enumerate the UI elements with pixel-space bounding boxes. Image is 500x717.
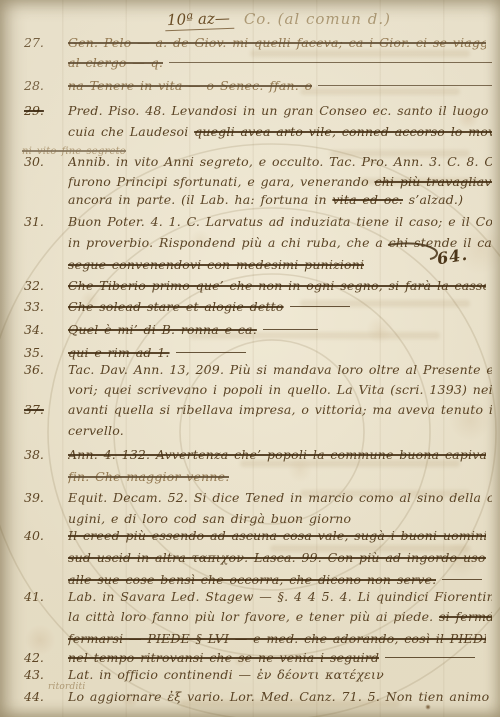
strike-extension-line	[263, 329, 318, 330]
margin-entry-number: 41.	[16, 588, 68, 605]
entry-text: Quel è mi’ di B. ronna e ca.	[68, 321, 257, 338]
manuscript-line: 35.qui e rim ad 1.	[16, 344, 492, 361]
margin-entry-number: 33.	[16, 298, 68, 315]
margin-entry-number: 39.	[16, 489, 68, 506]
entry-text: nel tempo ritrovansi che se ne venia i s…	[68, 649, 379, 666]
manuscript-line: 30.Annib. in vito Anni segreto, e occult…	[16, 153, 492, 170]
entry-text: na Tenere in vita — o Senec. ffan. o	[68, 77, 312, 94]
margin-entry-number: 31.	[16, 213, 68, 230]
page-heading-faded: Co. (al comun d.)	[244, 10, 391, 28]
entry-text: furono Principi sfortunati, e gara, vene…	[68, 173, 492, 190]
entry-text: Gen. Pelo — a. de Giov. mi quelli faceva…	[68, 34, 486, 51]
strike-extension-line	[176, 352, 246, 353]
manuscript-line: 39.Equit. Decam. 52. Si dice Tened in ma…	[16, 489, 492, 506]
entry-text: fin. Che maggior venne.	[68, 468, 229, 485]
entry-text: Tac. Dav. Ann. 13, 209. Più si mandava l…	[68, 361, 492, 378]
strike-extension-line	[442, 579, 482, 580]
strike-extension-line	[290, 306, 350, 307]
strike-extension-line	[318, 85, 492, 86]
manuscript-line: 33.Che solead stare et alogie detto	[16, 298, 492, 315]
margin-entry-number: 38.	[16, 446, 68, 463]
manuscript-line: alle sue cose bensì che occorra, che dic…	[16, 571, 492, 588]
margin-entry-number: 40.	[16, 527, 68, 544]
entry-text: Che Tiberio primo que’ che non in ogni s…	[68, 277, 486, 294]
struck-text: chi più travagliava	[375, 174, 492, 189]
entry-text: ancora in parte. (il Lab. ha: fortuna in…	[68, 191, 463, 208]
manuscript-line: 28.na Tenere in vita — o Senec. ffan. o	[16, 77, 492, 94]
manuscript-line: 40.Il creed più essendo ad ascuna cosa v…	[16, 527, 492, 544]
margin-entry-number: 42.	[16, 649, 68, 666]
manuscript-line: in proverbio. Rispondend più a chi ruba,…	[16, 234, 492, 251]
entry-text: la città loro fanno più lor favore, e te…	[68, 608, 492, 625]
manuscript-line: 37.avanti quella si ribellava impresa, o…	[16, 401, 492, 418]
entry-text: in proverbio. Rispondend più a chi ruba,…	[68, 234, 492, 251]
entry-text: cuia che Laudesoi quegli avea arto vile,…	[68, 123, 492, 140]
margin-entry-number: 34.	[16, 321, 68, 338]
struck-text: vita ed oc.	[332, 192, 403, 207]
manuscript-line: al clergo — q.	[16, 54, 492, 71]
manuscript-line: vori; quei scrivevano i popoli in quello…	[16, 381, 492, 398]
manuscript-line: furono Principi sfortunati, e gara, vene…	[16, 173, 492, 190]
struck-text: si fermd che ridd il all	[439, 609, 492, 624]
entry-text: Annib. in vito Anni segreto, e occulto. …	[68, 153, 492, 170]
entry-text: Che solead stare et alogie detto	[68, 298, 284, 315]
margin-entry-number: 35.	[16, 344, 68, 361]
entry-text: segue convenendovi con medesimi punizion…	[68, 256, 364, 273]
margin-entry-number: 28.	[16, 77, 68, 94]
page-heading-main: 10ª az—	[165, 9, 234, 31]
entry-text: avanti quella si ribellava impresa, o vi…	[68, 401, 492, 418]
struck-text: quegli avea arto vile, conned accorso lo…	[194, 124, 492, 139]
manuscript-line: la città loro fanno più lor favore, e te…	[16, 608, 492, 625]
entry-text: Ann. 4. 132. Avvertenza che’ popoli la c…	[68, 446, 486, 463]
entry-text: Il creed più essendo ad ascuna cosa vale…	[68, 527, 486, 544]
entry-text: Lo aggiornare ἐξ vario. Lor. Med. Canz. …	[68, 688, 492, 705]
manuscript-line: 36.Tac. Dav. Ann. 13, 209. Più si mandav…	[16, 361, 492, 378]
entry-text: fermarsi — PIEDE § LVI — e med. che ador…	[68, 630, 486, 647]
manuscript-line: 42.nel tempo ritrovansi che se ne venia …	[16, 649, 492, 666]
manuscript-line: 34.Quel è mi’ di B. ronna e ca.	[16, 321, 492, 338]
entry-text: Pred. Piso. 48. Levandosi in un gran Con…	[68, 102, 492, 119]
manuscript-line: 44.Lo aggiornare ἐξ vario. Lor. Med. Can…	[16, 688, 492, 705]
manuscript-line: fin. Che maggior venne.	[16, 468, 492, 485]
margin-entry-number: 30.	[16, 153, 68, 170]
margin-entry-number: 32.	[16, 277, 68, 294]
strike-extension-line	[169, 62, 492, 63]
manuscript-line: 27.Gen. Pelo — a. de Giov. mi quelli fac…	[16, 34, 492, 51]
manuscript-line: 41.Lab. in Savara Led. Stagew — §. 4 4 5…	[16, 588, 492, 605]
manuscript-line: cervello.	[16, 422, 492, 439]
manuscript-line: fermarsi — PIEDE § LVI — e med. che ador…	[16, 630, 492, 647]
manuscript-line: 31.Buon Poter. 4. 1. C. Larvatus ad indu…	[16, 213, 492, 230]
strike-extension-line	[385, 657, 475, 658]
manuscript-line: 38.Ann. 4. 132. Avvertenza che’ popoli l…	[16, 446, 492, 463]
entry-text: qui e rim ad 1.	[68, 344, 170, 361]
manuscript-line: 29.Pred. Piso. 48. Levandosi in un gran …	[16, 102, 492, 119]
margin-entry-number: 27.	[16, 34, 68, 51]
entry-text: sud uscid in altra ταπιχον. Lasca. 99. C…	[68, 549, 486, 566]
entry-text: alle sue cose bensì che occorra, che dic…	[68, 571, 436, 588]
manuscript-line: sud uscid in altra ταπιχον. Lasca. 99. C…	[16, 549, 492, 566]
entry-text: cervello.	[68, 422, 124, 439]
margin-entry-number: 36.	[16, 361, 68, 378]
manuscript-line: segue convenendovi con medesimi punizion…	[16, 256, 492, 273]
entry-text: Lab. in Savara Led. Stagew — §. 4 4 5. 4…	[68, 588, 492, 605]
manuscript-line: cuia che Laudesoi quegli avea arto vile,…	[16, 123, 492, 140]
margin-entry-number: 29.	[16, 102, 68, 119]
entry-text: Buon Poter. 4. 1. C. Larvatus ad induzia…	[68, 213, 492, 230]
entry-text: Equit. Decam. 52. Si dice Tened in marci…	[68, 489, 492, 506]
entry-text: al clergo — q.	[68, 54, 163, 71]
entry-text: ugini, e di loro cod san dirgà buon gior…	[68, 510, 351, 527]
manuscript-line: 32.Che Tiberio primo que’ che non in ogn…	[16, 277, 492, 294]
manuscript-page: 10ª az—Co. (al comun d.) 27.Gen. Pelo — …	[0, 0, 500, 717]
page-heading: 10ª az—Co. (al comun d.)	[165, 10, 391, 30]
manuscript-line: ancora in parte. (il Lab. ha: fortuna in…	[16, 191, 492, 208]
margin-entry-number: 37.	[16, 401, 68, 418]
manuscript-line: ugini, e di loro cod san dirgà buon gior…	[16, 510, 492, 527]
margin-entry-number: 44.	[16, 688, 68, 705]
entry-text: vori; quei scrivevano i popoli in quello…	[68, 381, 492, 398]
